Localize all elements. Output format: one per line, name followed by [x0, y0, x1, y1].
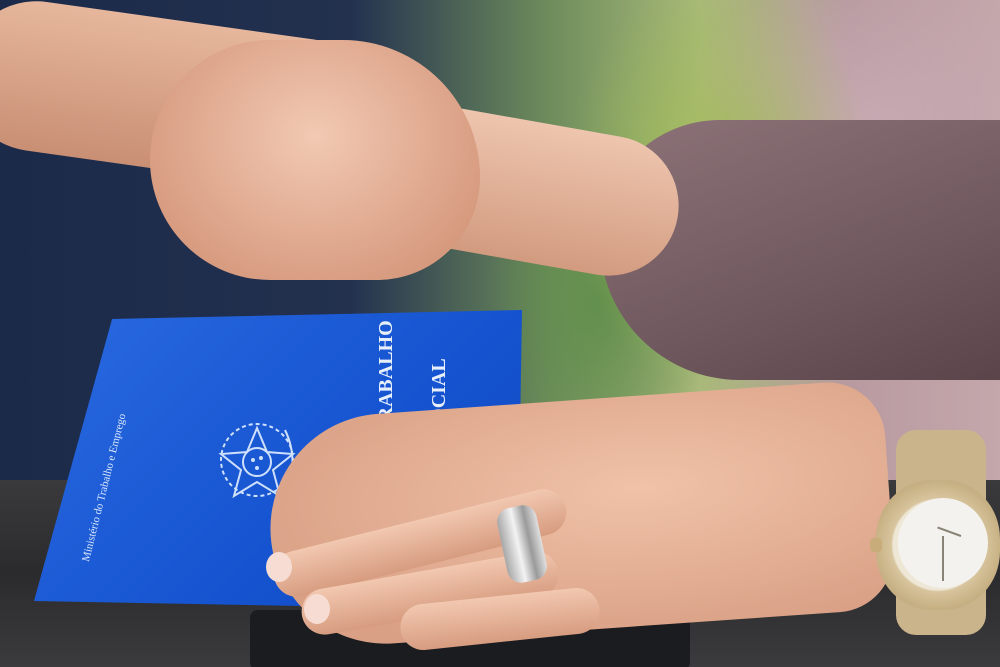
watch-crown: [870, 538, 882, 552]
minute-hand: [942, 536, 944, 581]
fingernail: [304, 594, 330, 624]
wristwatch: [876, 440, 1000, 625]
fingernail: [266, 552, 292, 582]
handshake: [150, 40, 480, 280]
